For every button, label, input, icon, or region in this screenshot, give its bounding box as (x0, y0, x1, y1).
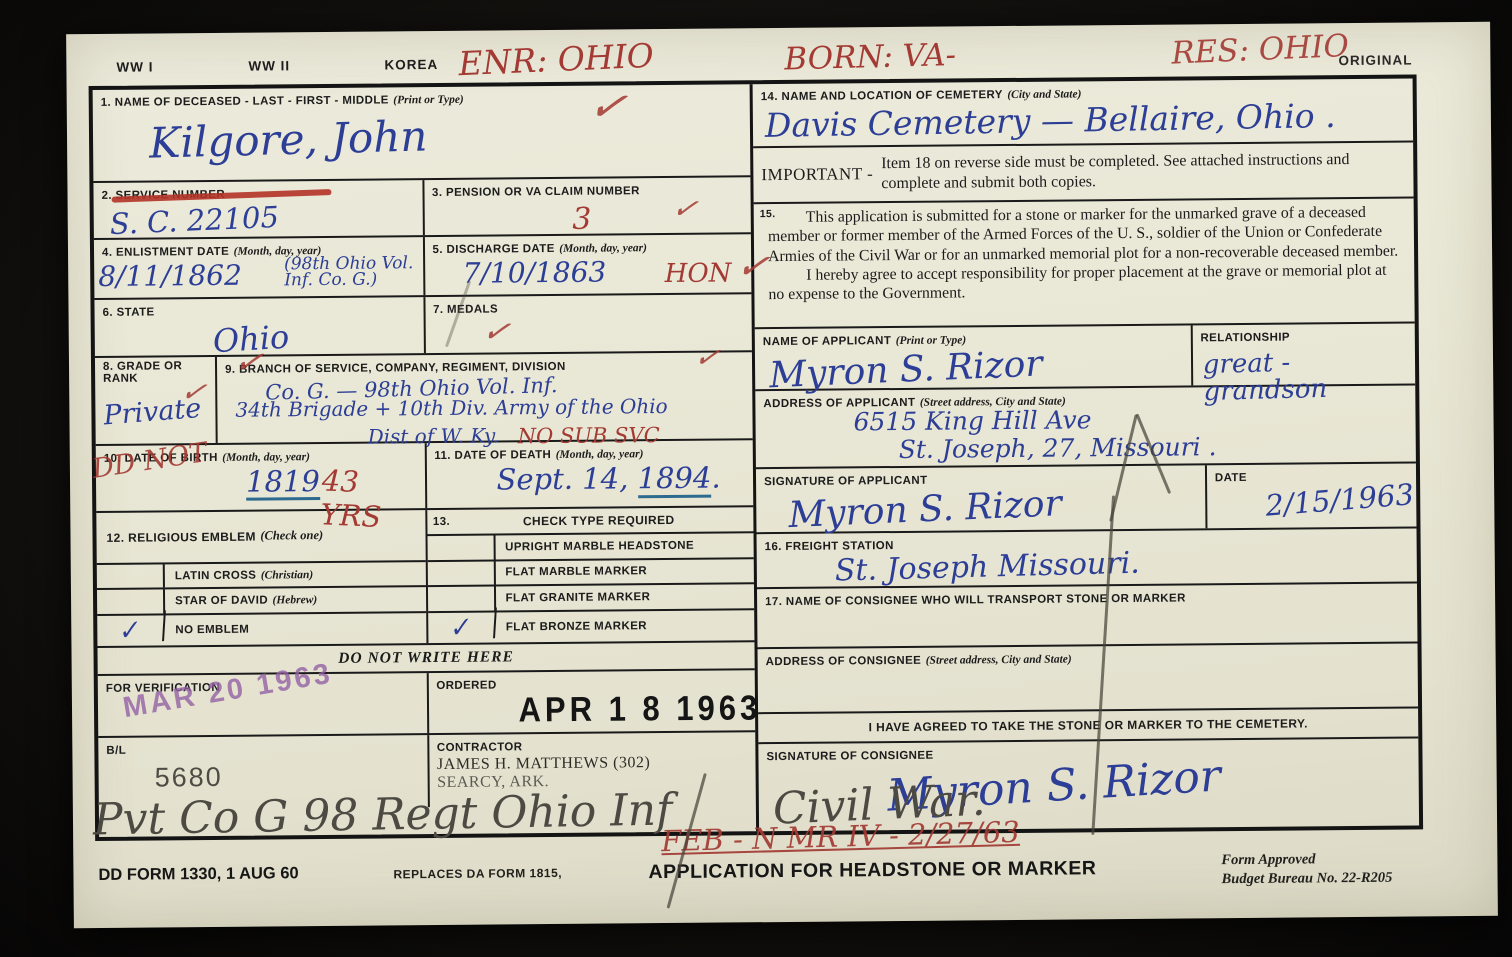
field-applicant-signature: SIGNATURE OF APPLICANT Myron S. Rizor (756, 465, 1205, 532)
option-label: FLAT MARBLE MARKER (505, 566, 647, 579)
form-title: APPLICATION FOR HEADSTONE OR MARKER (648, 857, 1096, 884)
field-number: 15. (760, 208, 776, 220)
field-date-of-death: 11. DATE OF DEATH (Month, day, year) Sep… (424, 440, 753, 508)
form-border-box: 1. NAME OF DECEASED - LAST - FIRST - MID… (89, 74, 1424, 841)
war-label-ww2: WW II (248, 58, 290, 73)
statement-paragraph-1: This application is submitted for a ston… (768, 203, 1402, 266)
checkbox-cell (97, 590, 165, 614)
row-service-pension: 2. SERVICE NUMBER S. C. 22105 3. PENSION… (93, 177, 750, 240)
agreement-text: I HAVE AGREED TO TAKE THE STONE OR MARKE… (869, 716, 1308, 734)
field-label-italic: (Check one) (260, 528, 323, 544)
applicant-name-value: Myron S. Rizor (768, 339, 1183, 395)
photo-background: WW I WW II KOREA ORIGINAL ENR: OHIO BORN… (0, 0, 1512, 957)
option-label-italic: (Hebrew) (272, 594, 317, 606)
field-branch-of-service: 9. BRANCH OF SERVICE, COMPANY, REGIMENT,… (215, 352, 753, 443)
service-number-value: S. C. 22105 (109, 196, 415, 240)
death-date-value: Sept. 14, (496, 461, 637, 496)
type-option-flat-marble: FLAT MARBLE MARKER (427, 557, 754, 586)
form-approved-line-1: Form Approved (1221, 851, 1315, 869)
field-label-italic: (City and State) (1007, 88, 1081, 101)
option-label: STAR OF DAVID (175, 595, 268, 608)
field-number: 13. (433, 516, 450, 528)
field-label: 8. GRADE OR RANK (103, 360, 183, 385)
scanned-form-paper: WW I WW II KOREA ORIGINAL ENR: OHIO BORN… (66, 22, 1498, 928)
field-check-type-required: 13. CHECK TYPE REQUIRED UPRIGHT MARBLE H… (425, 507, 755, 643)
field-label: NAME OF APPLICANT (763, 335, 892, 348)
field-label: ORDERED (436, 679, 496, 692)
field-label-italic: (Print or Type) (896, 334, 967, 347)
replaces-note: REPLACES DA FORM 1815, (393, 866, 562, 881)
field-label: 16. FREIGHT STATION (765, 540, 894, 553)
field-label-italic: (Street address, City and State) (926, 653, 1072, 666)
field-label: ADDRESS OF CONSIGNEE (766, 655, 922, 668)
cemetery-value: Davis Cemetery — Bellaire, Ohio . (765, 98, 1406, 144)
enrolled-state-annotation: ENR: OHIO (458, 36, 655, 83)
option-label: UPRIGHT MARBLE HEADSTONE (505, 539, 694, 553)
field-grade-rank: 8. GRADE OR RANK Private ✓ (95, 357, 216, 444)
field-title: CHECK TYPE REQUIRED (450, 512, 747, 529)
birth-year-value: 1819 (246, 466, 320, 501)
important-notice: IMPORTANT - Item 18 on reverse side must… (753, 142, 1413, 204)
discharge-honorable-note: HON (665, 258, 732, 289)
checkbox-cell (97, 564, 165, 588)
field-label-italic: (Month, day, year) (222, 451, 310, 464)
type-option-flat-granite: FLAT GRANITE MARKER (427, 582, 754, 611)
field-pension-claim-number: 3. PENSION OR VA CLAIM NUMBER 3 ✓ (422, 177, 751, 235)
born-state-annotation: BORN: VA- (784, 37, 956, 77)
row-applicant-relationship: NAME OF APPLICANT (Print or Type) Myron … (755, 323, 1416, 391)
row-rank-branch: 8. GRADE OR RANK Private ✓ 9. BRANCH OF … (95, 352, 753, 446)
checkbox-cell (427, 535, 495, 559)
red-checkmark: ✓ (477, 312, 521, 352)
field-label: 3. PENSION OR VA CLAIM NUMBER (432, 185, 640, 199)
type-option-upright-marble: UPRIGHT MARBLE HEADSTONE (427, 531, 754, 560)
emblem-option-latin-cross: LATIN CROSS (Christian) (97, 560, 426, 589)
pension-claim-value: 3 (572, 200, 743, 236)
option-label: NO EMBLEM (175, 624, 249, 637)
field-label-italic: (Month, day, year) (559, 242, 647, 255)
field-label: 17. NAME OF CONSIGNEE WHO WILL TRANSPORT… (765, 592, 1186, 608)
deceased-name-value: Kilgore, John (149, 106, 743, 166)
field-label: 11. DATE OF DEATH (434, 449, 551, 462)
field-discharge-date: 5. DISCHARGE DATE (Month, day, year) 7/1… (422, 234, 751, 295)
death-date-period: . (711, 461, 721, 495)
form-approved-line-2: Budget Bureau No. 22-R205 (1221, 870, 1392, 888)
emblem-option-no-emblem: ✓ NO EMBLEM (97, 611, 426, 646)
death-year-underlined: 1894 (637, 461, 711, 499)
field-name-of-deceased: 1. NAME OF DECEASED - LAST - FIRST - MID… (93, 84, 751, 183)
field-label: 7. MEDALS (433, 303, 498, 316)
checkbox-cell (427, 587, 495, 611)
field-applicant-name: NAME OF APPLICANT (Print or Type) Myron … (755, 325, 1191, 389)
field-cemetery: 14. NAME AND LOCATION OF CEMETERY (City … (753, 78, 1414, 148)
discharge-date-value: 7/10/1863 (463, 258, 607, 289)
field-freight-station: 16. FREIGHT STATION St. Joseph Missouri. (757, 528, 1417, 589)
field-label: DATE (1215, 472, 1247, 484)
row-verification-ordered: FOR VERIFICATION MAR 20 1963 ORDERED APR… (98, 670, 756, 738)
field-service-number: 2. SERVICE NUMBER S. C. 22105 (93, 180, 422, 238)
certification-statement: 15. This application is submitted for a … (754, 198, 1415, 329)
field-label: CONTRACTOR (437, 741, 523, 754)
field-label: 1. NAME OF DECEASED - LAST - FIRST - MID… (101, 94, 389, 109)
residence-state-annotation: RES: OHIO (1171, 28, 1350, 72)
checkbox-cell-checked: ✓ (97, 610, 166, 651)
field-relationship: RELATIONSHIP great - grandson (1190, 323, 1415, 385)
ordered-date-stamp: APR 1 8 1963 (518, 688, 761, 730)
field-label: SIGNATURE OF CONSIGNEE (766, 750, 933, 763)
field-label: 14. NAME AND LOCATION OF CEMETERY (761, 89, 1003, 103)
field-label: 12. RELIGIOUS EMBLEM (106, 529, 255, 544)
pencil-unit-note: Pvt Co G 98 Regt Ohio Inf (93, 784, 673, 845)
war-label-ww1: WW I (116, 59, 153, 74)
field-date: DATE 2/15/1963 (1205, 463, 1417, 528)
field-label: RELATIONSHIP (1200, 332, 1290, 345)
type-option-flat-bronze: ✓ FLAT BRONZE MARKER (428, 608, 755, 643)
important-text: Item 18 on reverse side must be complete… (881, 150, 1405, 195)
field-consignee-address: ADDRESS OF CONSIGNEE (Street address, Ci… (758, 643, 1419, 714)
do-not-write-text: DO NOT WRITE HERE (338, 648, 514, 668)
emblem-option-star-of-david: STAR OF DAVID (Hebrew) (97, 585, 426, 614)
freight-station-value: St. Joseph Missouri. (834, 541, 1409, 588)
field-label-italic: (Month, day, year) (556, 448, 644, 461)
option-label: FLAT GRANITE MARKER (506, 591, 651, 604)
checkbox-cell (427, 561, 495, 585)
row-emblem-type: 12. RELIGIOUS EMBLEM (Check one) LATIN C… (96, 507, 754, 648)
signature-date-value: 2/15/1963 (1264, 480, 1409, 522)
row-birth-death: 10. DATE OF BIRTH (Month, day, year) DD … (96, 440, 754, 513)
field-label-italic: (Print or Type) (393, 94, 464, 107)
option-label: LATIN CROSS (175, 569, 257, 582)
field-for-verification: FOR VERIFICATION MAR 20 1963 (98, 673, 427, 736)
option-label-italic: (Christian) (261, 569, 314, 581)
field-label: B/L (106, 745, 126, 757)
bl-number-value: 5680 (154, 760, 419, 793)
form-id: DD FORM 1330, 1 AUG 60 (98, 864, 298, 885)
field-label: 6. STATE (103, 306, 155, 318)
row-enlistment-discharge: 4. ENLISTMENT DATE (Month, day, year) 8/… (94, 234, 751, 300)
checkbox-cell-checked: ✓ (427, 607, 496, 648)
field-label: 4. ENLISTMENT DATE (102, 246, 229, 259)
field-applicant-address: ADDRESS OF APPLICANT (Street address, Ci… (755, 385, 1416, 469)
field-religious-emblem: 12. RELIGIOUS EMBLEM (Check one) LATIN C… (96, 510, 426, 646)
statement-paragraph-2: I hereby agree to accept responsibility … (768, 260, 1402, 304)
field-ordered: ORDERED APR 1 8 1963 (426, 670, 755, 733)
form-right-column: 14. NAME AND LOCATION OF CEMETERY (City … (753, 78, 1419, 831)
field-enlistment-date: 4. ENLISTMENT DATE (Month, day, year) 8/… (94, 237, 423, 298)
option-label: FLAT BRONZE MARKER (506, 620, 647, 633)
row-signature-date: SIGNATURE OF APPLICANT Myron S. Rizor DA… (756, 463, 1417, 534)
applicant-signature-value: Myron S. Rizor (788, 479, 1198, 535)
enlistment-date-value: 8/11/1862 (98, 261, 242, 292)
form-left-column: 1. NAME OF DECEASED - LAST - FIRST - MID… (93, 84, 759, 837)
field-label: 5. DISCHARGE DATE (432, 243, 554, 256)
war-label-korea: KOREA (384, 57, 438, 72)
row-state-medals: 6. STATE Ohio 7. MEDALS ✓ (94, 294, 751, 358)
enlistment-unit-note: (98th Ohio Vol. Inf. Co. G.) (284, 255, 414, 288)
field-date-of-birth: 10. DATE OF BIRTH (Month, day, year) DD … (96, 443, 425, 511)
field-consignee-name: 17. NAME OF CONSIGNEE WHO WILL TRANSPORT… (757, 583, 1417, 649)
field-label: SIGNATURE OF APPLICANT (764, 475, 928, 488)
important-label: IMPORTANT - (761, 164, 873, 185)
